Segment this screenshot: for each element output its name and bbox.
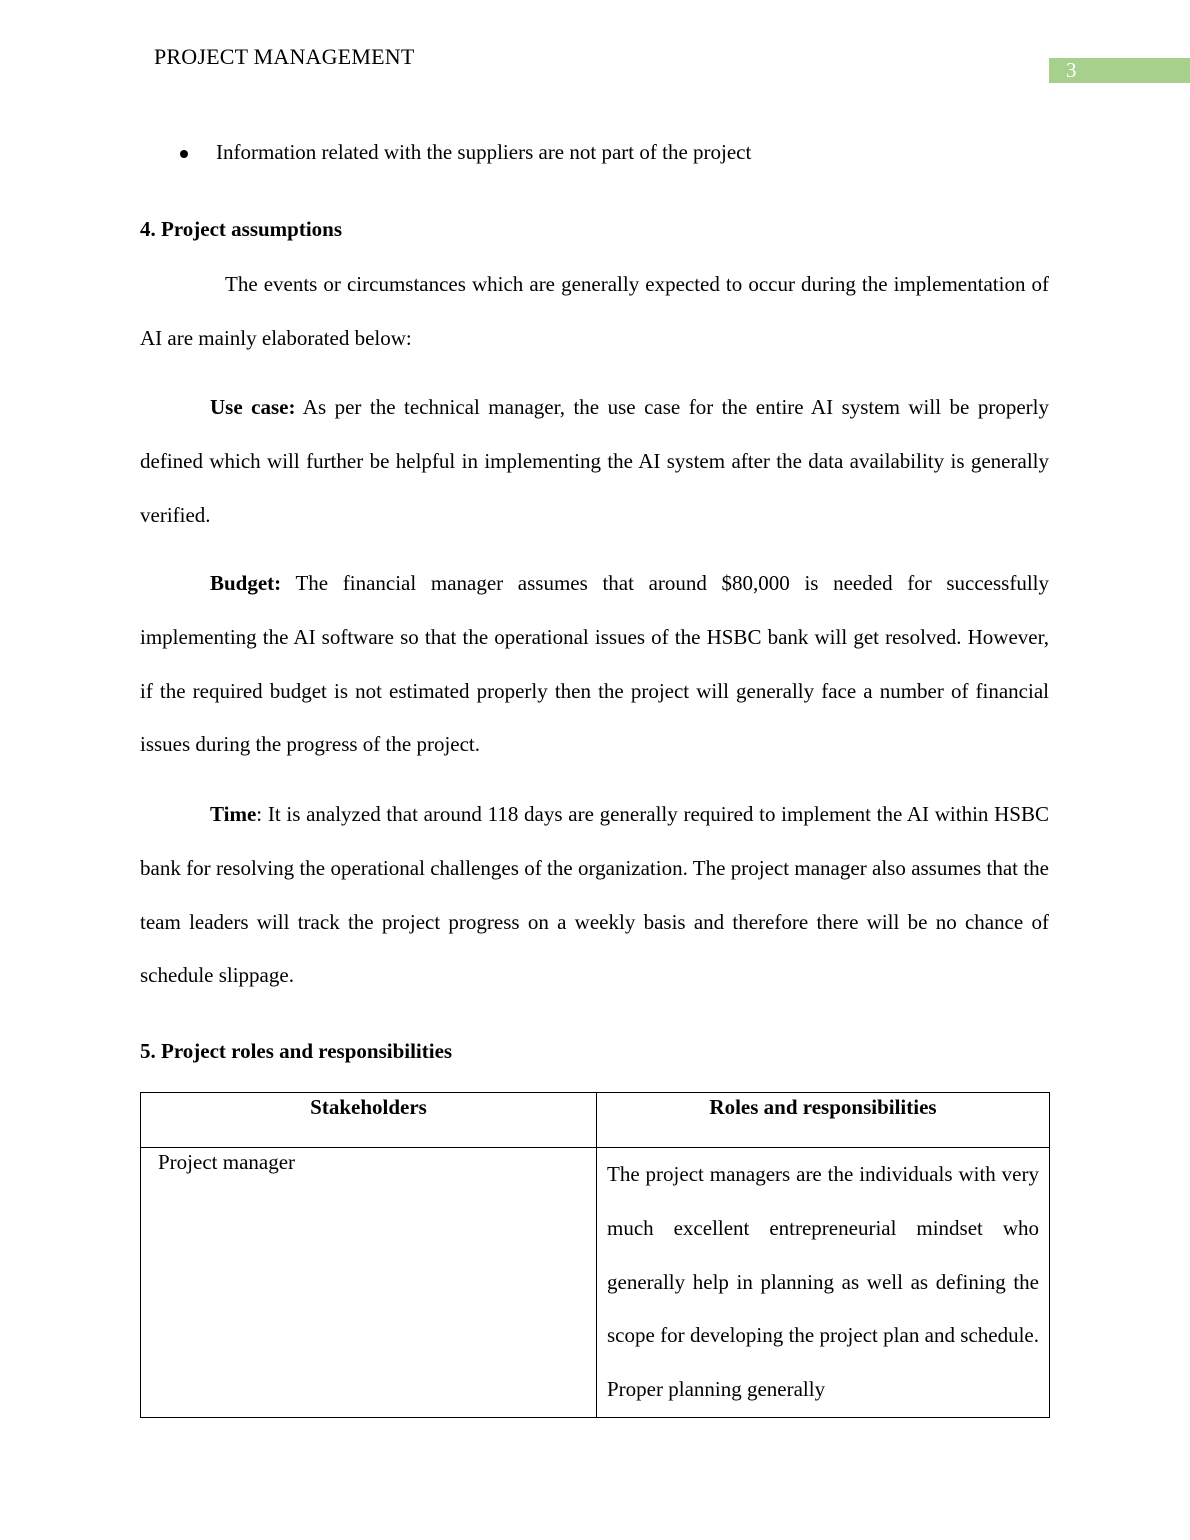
page-number-badge: 3 <box>1049 58 1190 83</box>
assumption-use-case: Use case: As per the technical manager, … <box>140 381 1049 542</box>
assumptions-intro: The events or circumstances which are ge… <box>140 258 1049 366</box>
roles-table: Stakeholders Roles and responsibilities … <box>140 1092 1050 1418</box>
assumption-label: Use case: <box>210 395 295 419</box>
column-header-roles: Roles and responsibilities <box>597 1093 1050 1148</box>
bullet-item: Information related with the suppliers a… <box>216 140 751 165</box>
assumption-budget: Budget: The financial manager assumes th… <box>140 557 1049 772</box>
assumption-label: Time <box>210 802 256 826</box>
responsibility-cell: The project managers are the individuals… <box>597 1148 1050 1418</box>
running-header-title: PROJECT MANAGEMENT <box>154 44 415 70</box>
assumption-text: The financial manager assumes that aroun… <box>140 571 1049 756</box>
section-heading-roles: 5. Project roles and responsibilities <box>140 1039 452 1064</box>
section-heading-assumptions: 4. Project assumptions <box>140 217 342 242</box>
table-header-row: Stakeholders Roles and responsibilities <box>141 1093 1050 1148</box>
column-header-stakeholders: Stakeholders <box>141 1093 597 1148</box>
table-row: Project manager The project managers are… <box>141 1148 1050 1418</box>
assumption-label: Budget: <box>210 571 281 595</box>
bullet-dot-icon <box>180 150 188 158</box>
stakeholder-cell: Project manager <box>141 1148 597 1418</box>
page-number: 3 <box>1066 58 1077 83</box>
assumption-time: Time: It is analyzed that around 118 day… <box>140 788 1049 1003</box>
assumption-text: : It is analyzed that around 118 days ar… <box>140 802 1049 987</box>
